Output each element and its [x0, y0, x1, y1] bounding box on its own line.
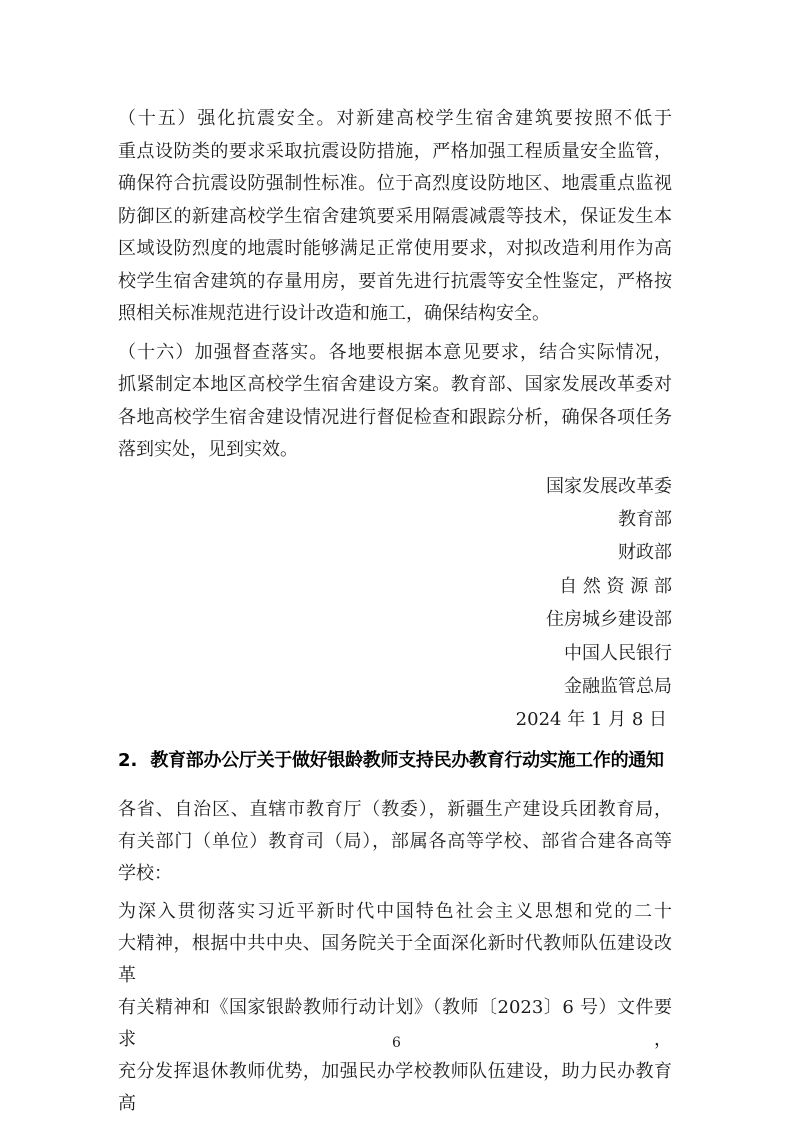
text-line: 落到实处，见到实效。	[118, 434, 672, 467]
text-line: 充分发挥退休教师优势，加强民办学校教师队伍建设，助力民办教育高	[118, 1056, 672, 1120]
text-line: 校学生宿舍建筑的存量用房，要首先进行抗震等安全性鉴定，严格按	[118, 266, 672, 299]
text-line: 抓紧制定本地区高校学生宿舍建设方案。教育部、国家发展改革委对	[118, 369, 672, 402]
text-line: 区域设防烈度的地震时能够满足正常使用要求，对拟改造利用作为高	[118, 233, 672, 266]
text-line: 重点设防类的要求采取抗震设防措施，严格加强工程质量安全监管，	[118, 136, 672, 169]
signature-line: 教育部	[118, 503, 672, 536]
text-line: 确保符合抗震设防强制性标准。位于高烈度设防地区、地震重点监视	[118, 168, 672, 201]
text-line: 有关部门（单位）教育司（局），部属各高等学校、部省合建各高等	[118, 826, 672, 858]
text-line: 各省、自治区、直辖市教育厅（教委），新疆生产建设兵团教育局，	[118, 794, 672, 826]
signature-line: 国家发展改革委	[118, 470, 672, 503]
salutation-paragraph: 各省、自治区、直辖市教育厅（教委），新疆生产建设兵团教育局， 有关部门（单位）教…	[118, 794, 672, 890]
signature-date: 2024 年 1 月 8 日	[118, 703, 667, 736]
text-line: （十五）强化抗震安全。对新建高校学生宿舍建筑要按照不低于	[118, 103, 672, 136]
paragraph-16-supervision: （十六）加强督查落实。各地要根据本意见要求，结合实际情况， 抓紧制定本地区高校学…	[118, 337, 672, 467]
signature-line: 财政部	[118, 536, 672, 569]
text-line: 照相关标准规范进行设计改造和施工，确保结构安全。	[118, 298, 672, 331]
signature-line: 金融监管总局	[118, 670, 672, 703]
text-line: 为深入贯彻落实习近平新时代中国特色社会主义思想和党的二十	[118, 896, 672, 928]
section-2-heading: 2. 教育部办公厅关于做好银龄教师支持民办教育行动实施工作的通知	[118, 745, 672, 777]
signature-line: 住房城乡建设部	[118, 603, 672, 636]
section-title: 教育部办公厅关于做好银龄教师支持民办教育行动实施工作的通知	[150, 745, 663, 777]
text-line: 防御区的新建高校学生宿舍建筑要采用隔震减震等技术，保证发生本	[118, 201, 672, 234]
page-number: 6	[0, 1036, 793, 1050]
text-line: 各地高校学生宿舍建设情况进行督促检查和跟踪分析，确保各项任务	[118, 402, 672, 435]
document-page: （十五）强化抗震安全。对新建高校学生宿舍建筑要按照不低于 重点设防类的要求采取抗…	[0, 0, 793, 1122]
signature-line: 中国人民银行	[118, 637, 672, 670]
page-content: （十五）强化抗震安全。对新建高校学生宿舍建筑要按照不低于 重点设防类的要求采取抗…	[118, 103, 672, 1120]
text-line: 学校：	[118, 858, 672, 890]
paragraph-body-section2: 为深入贯彻落实习近平新时代中国特色社会主义思想和党的二十 大精神，根据中共中央、…	[118, 896, 672, 1120]
text-line: （十六）加强督查落实。各地要根据本意见要求，结合实际情况，	[118, 337, 672, 370]
paragraph-15-seismic-safety: （十五）强化抗震安全。对新建高校学生宿舍建筑要按照不低于 重点设防类的要求采取抗…	[118, 103, 672, 331]
signature-line: 自 然 资 源 部	[118, 570, 672, 603]
text-line: 大精神，根据中共中央、国务院关于全面深化新时代教师队伍建设改革	[118, 928, 672, 992]
signature-block: 国家发展改革委 教育部 财政部 自 然 资 源 部 住房城乡建设部 中国人民银行…	[118, 470, 672, 704]
section-number: 2.	[118, 745, 137, 777]
